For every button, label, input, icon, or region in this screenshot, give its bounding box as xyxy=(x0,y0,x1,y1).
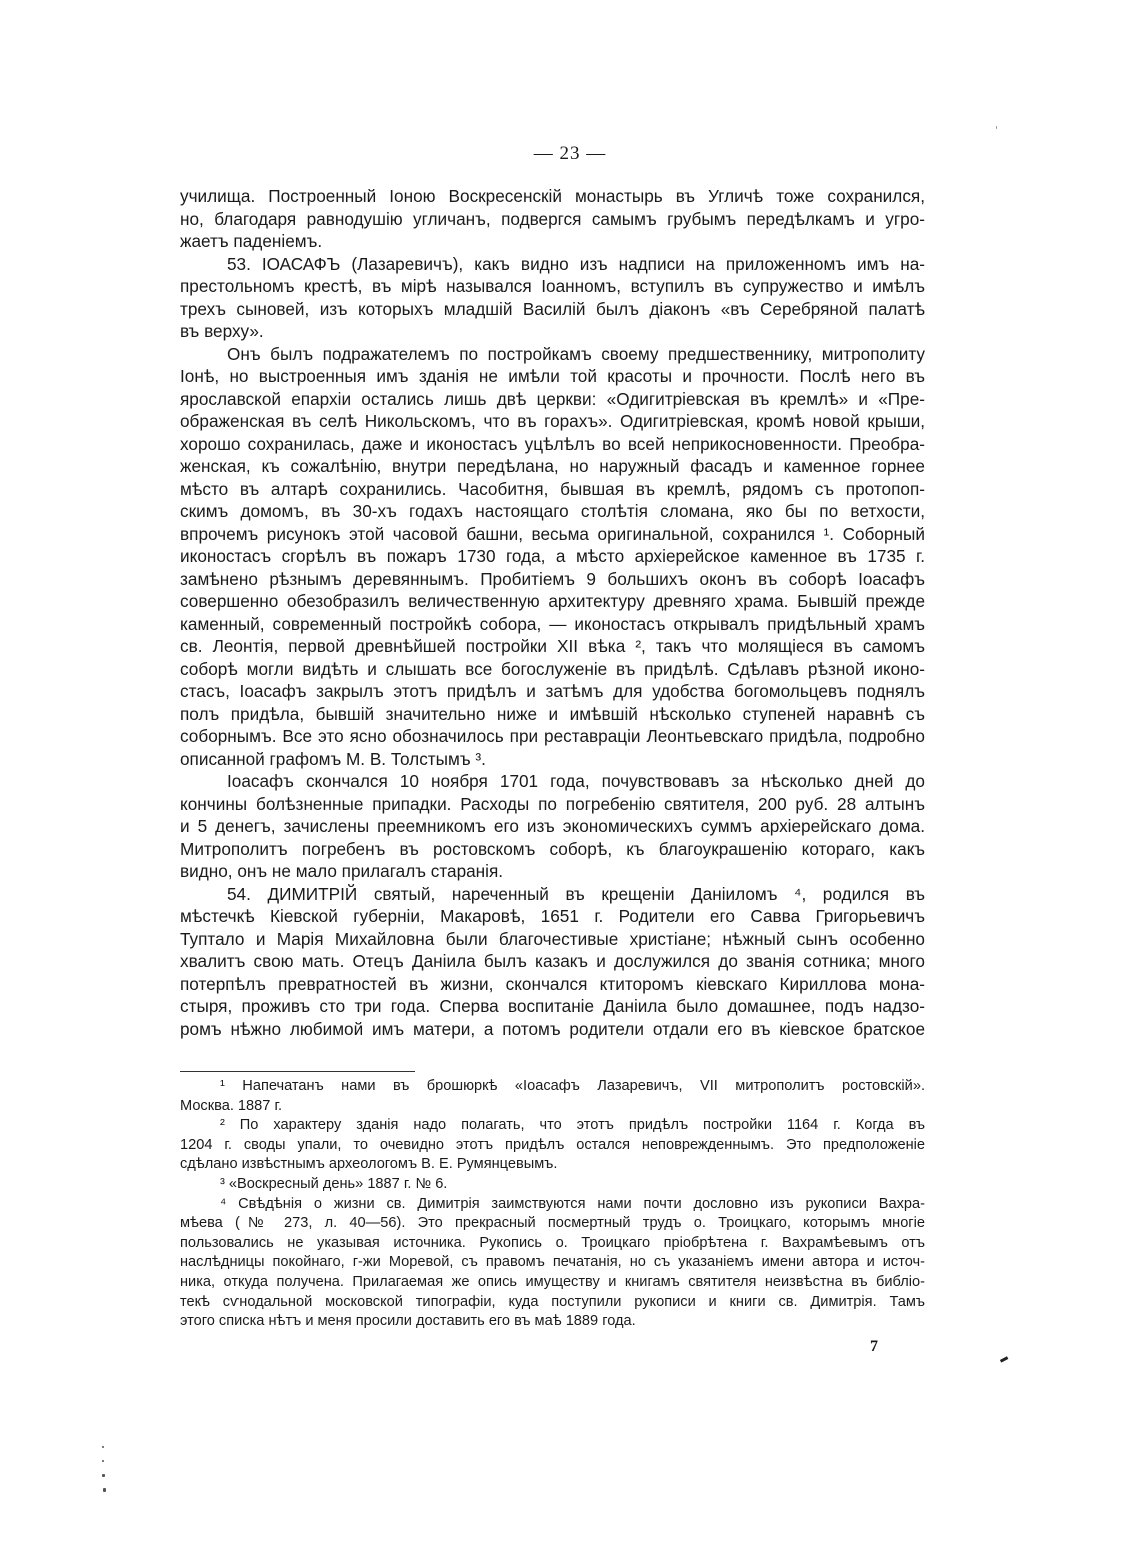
footnote-line: текѣ сѵнодальной московской типографіи, … xyxy=(180,1293,925,1313)
body-text-line: жаетъ паденіемъ. xyxy=(180,230,925,253)
body-text-line: описанной графомъ М. В. Толстымъ ³. xyxy=(180,748,925,771)
scan-artifact-dot xyxy=(102,1460,104,1462)
body-text-line: впрочемъ рисунокъ этой часовой башни, ве… xyxy=(180,523,925,546)
footnote-line: наслѣдницы покойнаго, г-жи Моревой, съ п… xyxy=(180,1253,925,1273)
body-text-line: соборѣ могли видѣть и слышать все богосл… xyxy=(180,658,925,681)
footnote-line: ⁴ Свѣдѣнія о жизни св. Димитрія заимству… xyxy=(180,1195,925,1215)
body-text-line: мѣсто въ алтарѣ сохранились. Часобитня, … xyxy=(180,478,925,501)
body-text-line: Митрополитъ погребенъ въ ростовскомъ соб… xyxy=(180,838,925,861)
body-text-line: полъ придѣла, бывшій значительно ниже и … xyxy=(180,703,925,726)
page-number: — 23 — xyxy=(0,143,1140,165)
body-text-line: кончины болѣзненные припадки. Расходы по… xyxy=(180,793,925,816)
scan-artifact-dot xyxy=(996,126,997,129)
body-text-line: каменный, современный постройкѣ собора, … xyxy=(180,613,925,636)
body-text-line: 53. ІОАСАФЪ (Лазаревичъ), какъ видно изъ… xyxy=(180,253,925,276)
scan-artifact-dot xyxy=(102,1474,105,1477)
body-text-line: видно, онъ не мало прилагалъ старанія. xyxy=(180,860,925,883)
body-text-line: св. Леонтія, первой древнѣйшей постройки… xyxy=(180,635,925,658)
footnote-line: ника, откуда получена. Прилагаемая же оп… xyxy=(180,1273,925,1293)
body-text-line: въ верху». xyxy=(180,320,925,343)
scan-artifact-mark xyxy=(1000,1356,1008,1362)
footnotes: ¹ Напечатанъ нами въ брошюркѣ «Іоасафъ Л… xyxy=(180,1077,925,1332)
footnote-line: этого списка нѣтъ и меня просили достави… xyxy=(180,1312,925,1332)
body-text-line: но, благодаря равнодушію угличанъ, подве… xyxy=(180,208,925,231)
body-text-line: и 5 денегъ, зачислены преемникомъ его из… xyxy=(180,815,925,838)
body-text-line: стасъ, Іоасафъ закрылъ этотъ придѣлъ и з… xyxy=(180,680,925,703)
body-text-line: престольномъ крестѣ, въ мірѣ назывался І… xyxy=(180,275,925,298)
footnote-line: пользовались не указывая источника. Руко… xyxy=(180,1234,925,1254)
footnote-line: мѣева (№ 273, л. 40—56). Это прекрасный … xyxy=(180,1214,925,1234)
body-text-line: скимъ домомъ, въ 30-хъ годахъ настоящаго… xyxy=(180,500,925,523)
body-text-line: училища. Построенный Іоною Воскресенскій… xyxy=(180,185,925,208)
body-text-line: Туптало и Марія Михайловна были благочес… xyxy=(180,928,925,951)
footnote-line: ² По характеру зданія надо полагать, что… xyxy=(180,1116,925,1136)
body-text-line: соборнымъ. Все это ясно обозначилось при… xyxy=(180,725,925,748)
body-text-line: иконостасъ сгорѣлъ въ пожаръ 1730 года, … xyxy=(180,545,925,568)
body-text-line: женская, къ сожалѣнію, внутри передѣлана… xyxy=(180,455,925,478)
footnote-line: ¹ Напечатанъ нами въ брошюркѣ «Іоасафъ Л… xyxy=(180,1077,925,1097)
body-text-line: стыря, проживъ сто три года. Сперва восп… xyxy=(180,995,925,1018)
scan-artifact-dot xyxy=(102,1446,104,1448)
body-text-line: Онъ былъ подражателемъ по постройкамъ св… xyxy=(180,343,925,366)
printer-signature-mark: 7 xyxy=(870,1338,878,1356)
body-text-line: хвалитъ свою мать. Отецъ Даніила былъ ка… xyxy=(180,950,925,973)
body-text-line: ярославской епархіи остались лишь двѣ це… xyxy=(180,388,925,411)
body-text-line: совершенно обезобразилъ величественную а… xyxy=(180,590,925,613)
footnote-line: ³ «Воскресный день» 1887 г. № 6. xyxy=(180,1175,925,1195)
body-text-line: Іонѣ, но выстроенныя имъ зданія не имѣли… xyxy=(180,365,925,388)
body-text-line: ромъ нѣжно любимой имъ матери, а потомъ … xyxy=(180,1018,925,1041)
body-text-line: потерпѣлъ превратностей въ жизни, сконча… xyxy=(180,973,925,996)
body-text-line: мѣстечкѣ Кіевской губерніи, Макаровѣ, 16… xyxy=(180,905,925,928)
body-text-line: замѣнено рѣзнымъ деревяннымъ. Пробитіемъ… xyxy=(180,568,925,591)
body-text-line: хорошо сохранилась, даже и иконостасъ уц… xyxy=(180,433,925,456)
body-text-line: 54. ДИМИТРІЙ святый, нареченный въ креще… xyxy=(180,883,925,906)
footnote-line: 1204 г. своды упали, то очевидно этотъ п… xyxy=(180,1136,925,1156)
body-text-line: ображенская въ селѣ Никольскомъ, что въ … xyxy=(180,410,925,433)
footnote-divider xyxy=(180,1071,415,1072)
footnote-line: сдѣлано извѣстнымъ археологомъ В. Е. Рум… xyxy=(180,1155,925,1175)
body-text-line: Іоасафъ скончался 10 ноября 1701 года, п… xyxy=(180,770,925,793)
body-text: училища. Построенный Іоною Воскресенскій… xyxy=(180,185,925,1040)
footnote-line: Москва. 1887 г. xyxy=(180,1097,925,1117)
scan-artifact-dot xyxy=(103,1488,106,1492)
body-text-line: трехъ сыновей, изъ которыхъ младшій Васи… xyxy=(180,298,925,321)
